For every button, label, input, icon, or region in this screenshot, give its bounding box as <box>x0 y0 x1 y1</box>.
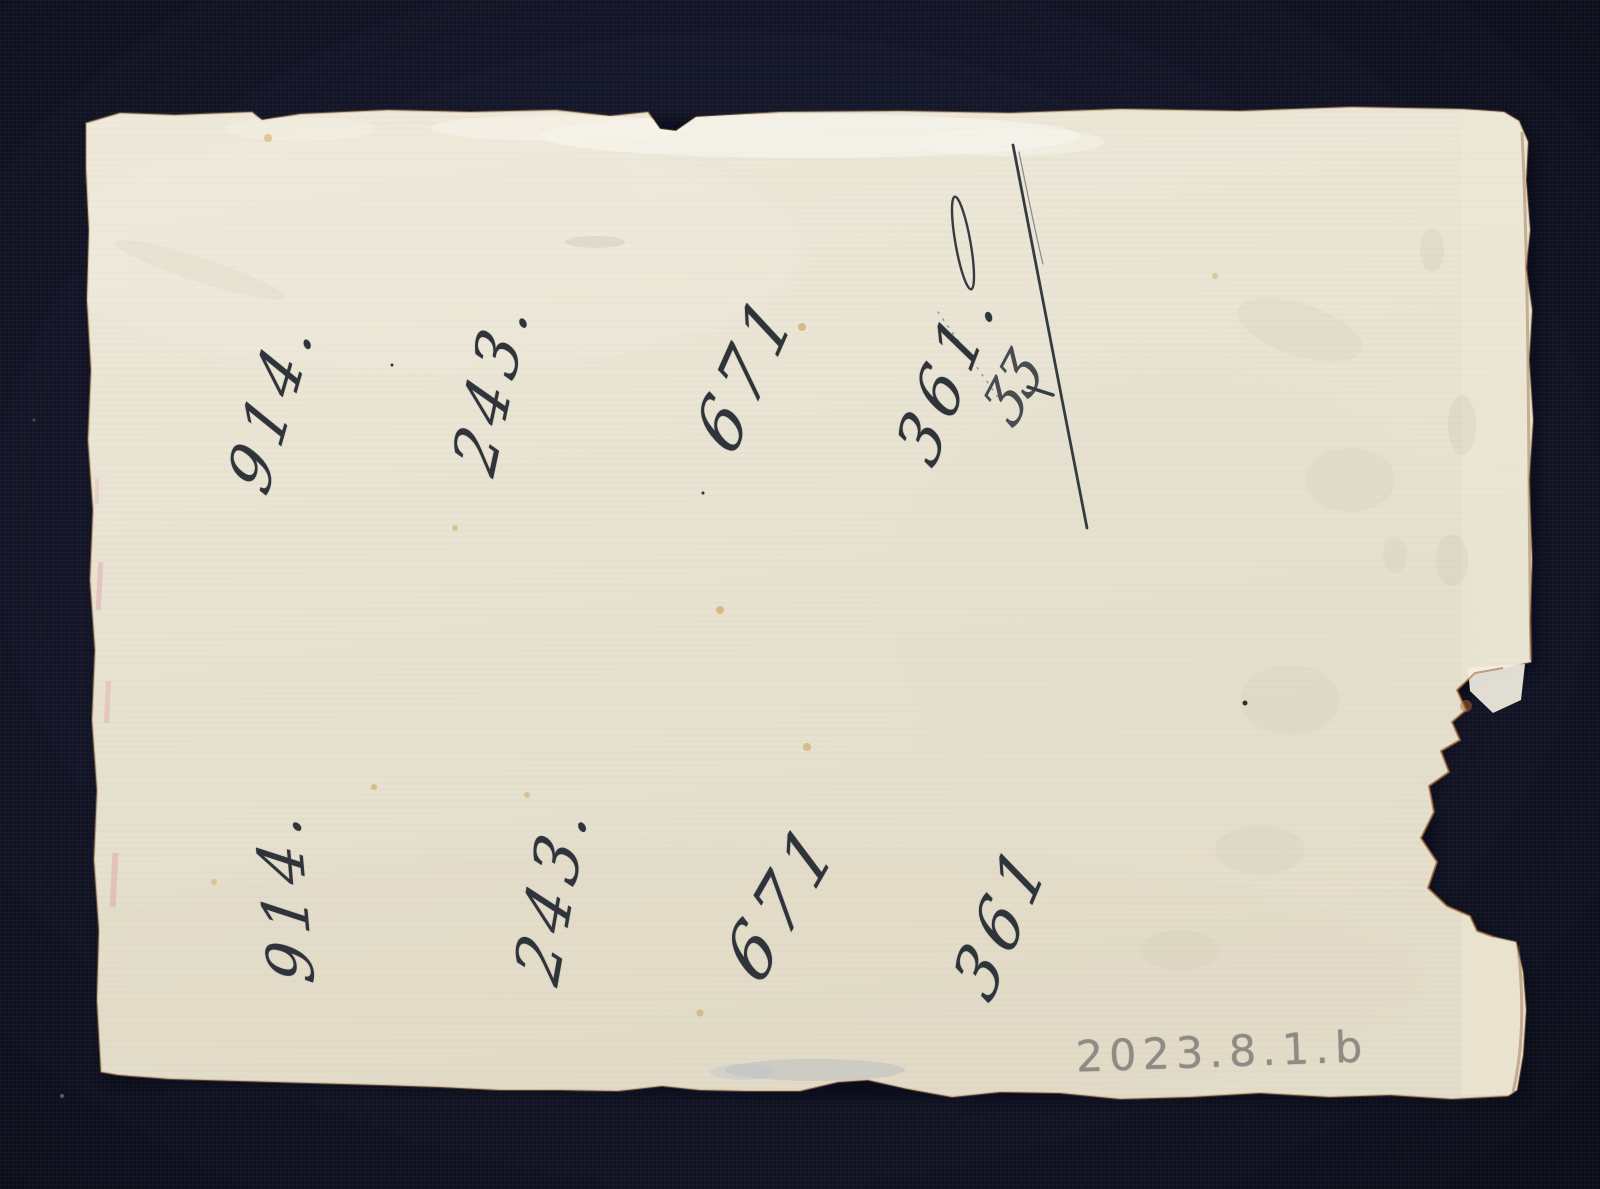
fabric-lint-flecks <box>33 419 65 1099</box>
photo-background-fabric: 914. 243. 671 361. ʒʒ 914. 243. 671 361 … <box>0 0 1600 1189</box>
torn-fiber-patch <box>1468 664 1525 713</box>
paper-artifact <box>0 0 1600 1189</box>
accession-number: 2023.8.1.b <box>1075 1026 1369 1079</box>
ink-number-bottom-1: 914. <box>246 800 325 986</box>
